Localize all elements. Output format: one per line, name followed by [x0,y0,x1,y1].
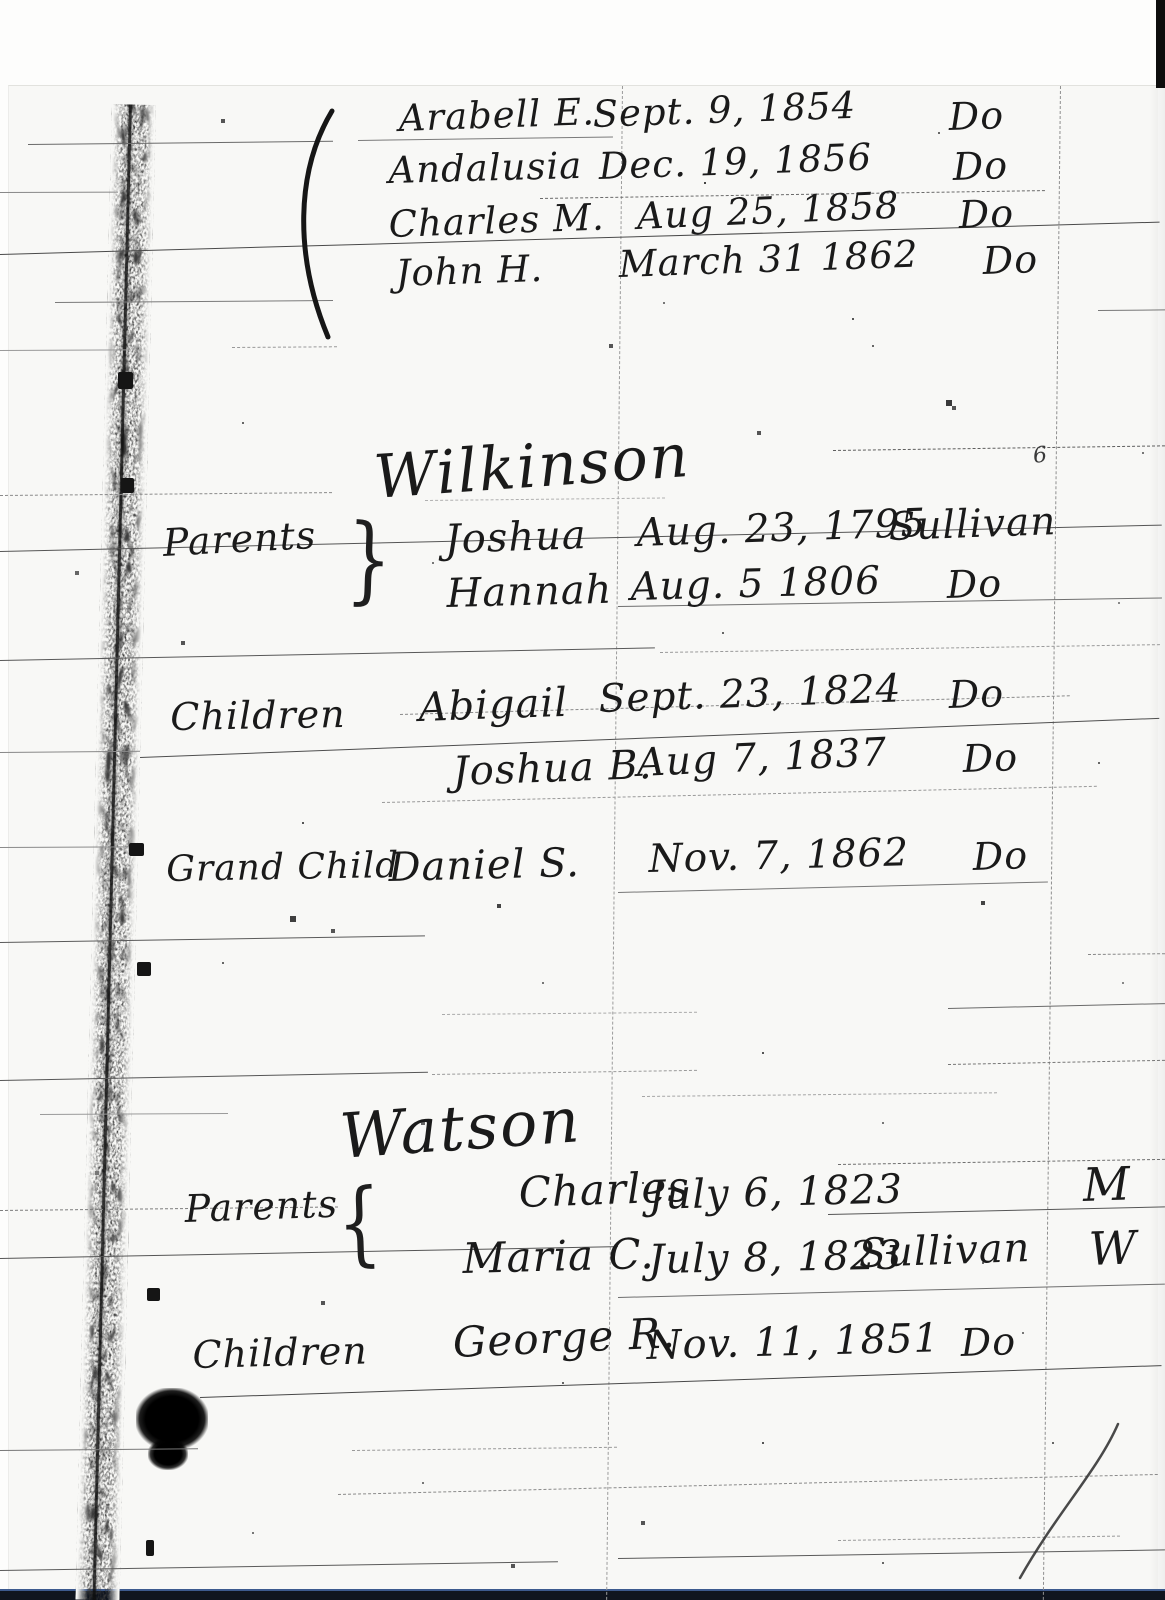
entry-birthdate: Aug. 23, 1795 [636,504,927,553]
entry-birthplace: Sullivan [888,502,1057,547]
entry-birthplace: Sullivan [858,1228,1031,1274]
children-label: Children [170,695,346,736]
parents-brace: } [345,512,394,609]
entry-ditto: Do [948,674,1005,714]
entry-name: John H. [395,250,544,292]
entry-ditto: Do [972,836,1029,876]
binding-ink-mark [129,843,144,856]
entry-birthdate: Sept. 23, 1824 [598,669,902,719]
binding-ink-mark [118,372,133,389]
grandchild-label: Grand Child [166,848,399,888]
entry-name: Hannah [446,570,613,614]
entry-birthdate: Dec. 19, 1856 [598,138,873,185]
entry-name: Joshua [444,515,587,560]
margin-letter: W [1088,1224,1138,1272]
entry-ditto: Do [982,240,1039,280]
entry-birthdate: Aug 7, 1837 [636,733,888,783]
parents-brace: { [336,1176,384,1270]
grouping-paren-stroke [288,105,348,345]
entry-birthdate: Aug. 5 1806 [630,561,881,607]
binding-ink-mark [146,1540,154,1556]
entry-ditto: Do [962,738,1019,778]
right-edge-shadow [1149,85,1165,1600]
parents-label: Parents [184,1185,339,1228]
scan-bottom-edge [0,1589,1165,1600]
entry-name: Charles M. [388,198,605,243]
small-ink-blob [148,1438,188,1470]
stray-curve-stroke [1010,1418,1130,1588]
stray-six-mark: 6 [1032,444,1049,467]
toner-speckles [0,0,2,2]
entry-name: Daniel S. [388,843,580,888]
binding-ink-mark [137,962,151,976]
entry-ditto: Do [952,146,1009,186]
entry-birthdate: Aug 25, 1858 [636,187,900,235]
scanned-register-page: Arabell E. Sept. 9, 1854 Do Andalusia De… [0,0,1165,1600]
entry-name: Andalusia [388,147,583,189]
entry-ditto: Do [948,96,1005,136]
entry-birthdate: Nov. 7, 1862 [648,833,910,879]
entry-birthdate: July 6, 1823 [648,1169,904,1216]
entry-name: Abigail [418,683,569,728]
entry-birthdate: Nov. 11, 1851 [646,1318,940,1366]
entry-ditto: Do [958,194,1015,234]
entry-name: Arabell E. [398,93,595,137]
family-heading-watson: Watson [338,1089,583,1168]
scan-corner-black-bar [1156,0,1165,88]
entry-birthdate: March 31 1862 [618,236,919,283]
parents-label: Parents [162,516,317,562]
entry-ditto: Do [946,564,1003,604]
children-label: Children [192,1331,368,1374]
entry-birthdate: Sept. 9, 1854 [592,87,857,133]
entry-name: George R. [452,1312,676,1364]
entry-ditto: Do [960,1322,1017,1362]
entry-name: Joshua B. [452,745,653,792]
binding-ink-mark [121,478,134,493]
binding-ink-mark [147,1288,160,1301]
entry-name: Maria C. [462,1233,655,1280]
margin-letter: M [1082,1160,1132,1208]
